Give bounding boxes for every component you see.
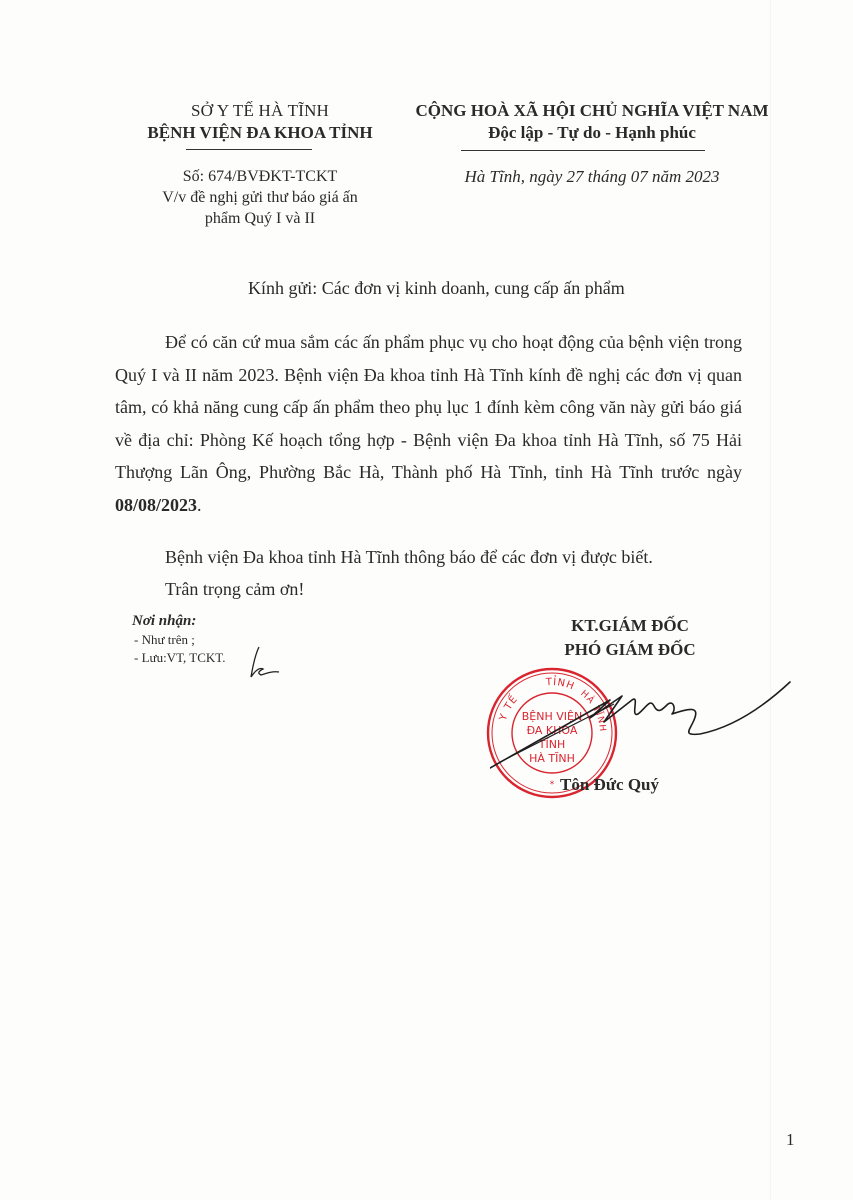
body-paragraph: Để có căn cứ mua sắm các ấn phẩm phục vụ… xyxy=(115,326,742,522)
page-number: 1 xyxy=(786,1130,795,1150)
parent-organization: SỞ Y TẾ HÀ TĨNH xyxy=(130,100,390,122)
signer-name: Tôn Đức Quý xyxy=(560,775,659,795)
national-header: CỘNG HOÀ XÃ HỘI CHỦ NGHĨA VIỆT NAM Độc l… xyxy=(382,100,802,144)
header-right-rule xyxy=(461,150,705,151)
handwritten-signature-icon xyxy=(490,670,800,780)
distribution-item: - Như trên ; xyxy=(134,632,195,648)
document-reference: Số: 674/BVĐKT-TCKT V/v đề nghị gửi thư b… xyxy=(130,166,390,229)
distribution-label: Nơi nhận: xyxy=(132,612,196,630)
subject-line-1: V/v đề nghị gửi thư báo giá ấn xyxy=(130,187,390,208)
subject-line-2: phẩm Quý I và II xyxy=(130,208,390,229)
organization-name: BỆNH VIỆN ĐA KHOA TỈNH xyxy=(130,122,390,144)
closing-line: Trân trọng cảm ơn! xyxy=(165,577,304,601)
distribution-item: - Lưu:VT, TCKT. xyxy=(134,650,226,666)
national-motto: Độc lập - Tự do - Hạnh phúc xyxy=(382,122,802,144)
recipient-line: Kính gửi: Các đơn vị kinh doanh, cung cấ… xyxy=(248,276,625,300)
deadline-date: 08/08/2023 xyxy=(115,495,197,515)
signature-title-2: PHÓ GIÁM ĐỐC xyxy=(490,638,770,662)
signature-title-1: KT.GIÁM ĐỐC xyxy=(490,614,770,638)
initials-mark-icon xyxy=(245,645,281,679)
signature-title: KT.GIÁM ĐỐC PHÓ GIÁM ĐỐC xyxy=(490,614,770,662)
header-left-rule xyxy=(186,149,312,150)
body-text-end: . xyxy=(197,495,202,515)
place-date: Hà Tĩnh, ngày 27 tháng 07 năm 2023 xyxy=(382,166,802,188)
document-page: SỞ Y TẾ HÀ TĨNH BỆNH VIỆN ĐA KHOA TỈNH S… xyxy=(0,0,853,1200)
document-number: Số: 674/BVĐKT-TCKT xyxy=(130,166,390,187)
svg-text:*: * xyxy=(550,780,555,790)
national-title: CỘNG HOÀ XÃ HỘI CHỦ NGHĨA VIỆT NAM xyxy=(382,100,802,122)
notice-paragraph: Bệnh viện Đa khoa tỉnh Hà Tĩnh thông báo… xyxy=(165,545,653,569)
issuing-authority: SỞ Y TẾ HÀ TĨNH BỆNH VIỆN ĐA KHOA TỈNH xyxy=(130,100,390,144)
body-text: Để có căn cứ mua sắm các ấn phẩm phục vụ… xyxy=(115,332,742,482)
